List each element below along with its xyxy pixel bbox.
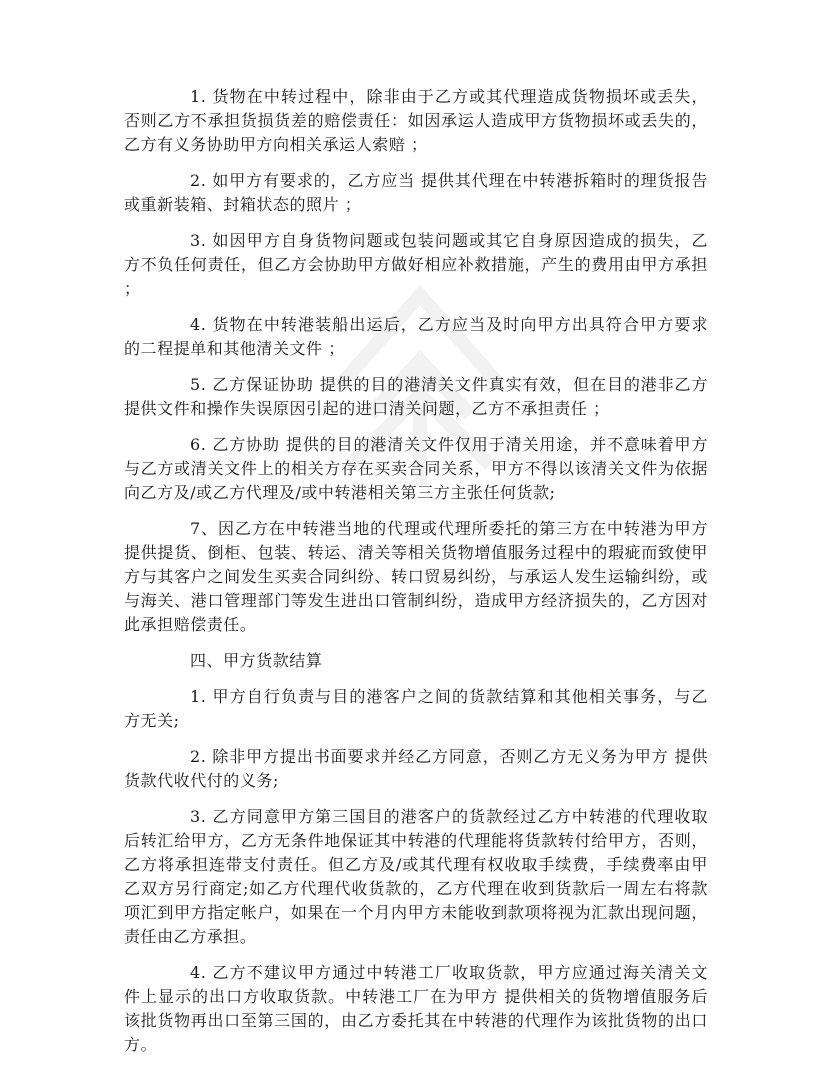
clause-5: 5. 乙方保证协助 提供的目的港清关文件真实有效，但在目的港非乙方 提供文件和操… xyxy=(124,373,708,421)
clause-1: 1. 货物在中转过程中，除非由于乙方或其代理造成货物损坏或丢失，否则乙方不承担货… xyxy=(124,85,708,157)
clause-6: 6. 乙方协助 提供的目的港清关文件仅用于清关用途，并不意味着甲方与乙方或清关文… xyxy=(124,433,708,505)
clause-4: 4. 货物在中转港装船出运后，乙方应当及时向甲方出具符合甲方要求的二程提单和其他… xyxy=(124,313,708,361)
payment-clause-4: 4. 乙方不建议甲方通过中转港工厂收取货款，甲方应通过海关清关文件上显示的出口方… xyxy=(124,961,708,1057)
payment-clause-2: 2. 除非甲方提出书面要求并经乙方同意，否则乙方无义务为甲方 提供货款代收代付的… xyxy=(124,745,708,793)
document-page: 1. 货物在中转过程中，除非由于乙方或其代理造成货物损坏或丢失，否则乙方不承担货… xyxy=(124,85,708,1069)
payment-clause-3: 3. 乙方同意甲方第三国目的港客户的货款经过乙方中转港的代理收取后转汇给甲方，乙… xyxy=(124,805,708,949)
clause-3: 3. 如因甲方自身货物问题或包装问题或其它自身原因造成的损失，乙方不负任何责任，… xyxy=(124,229,708,301)
payment-clause-1: 1. 甲方自行负责与目的港客户之间的货款结算和其他相关事务，与乙方无关; xyxy=(124,685,708,733)
section-heading: 四、甲方货款结算 xyxy=(124,649,708,673)
clause-7: 7、因乙方在中转港当地的代理或代理所委托的第三方在中转港为甲方 提供提货、倒柜、… xyxy=(124,517,708,637)
clause-2: 2. 如甲方有要求的，乙方应当 提供其代理在中转港拆箱时的理货报告或重新装箱、封… xyxy=(124,169,708,217)
